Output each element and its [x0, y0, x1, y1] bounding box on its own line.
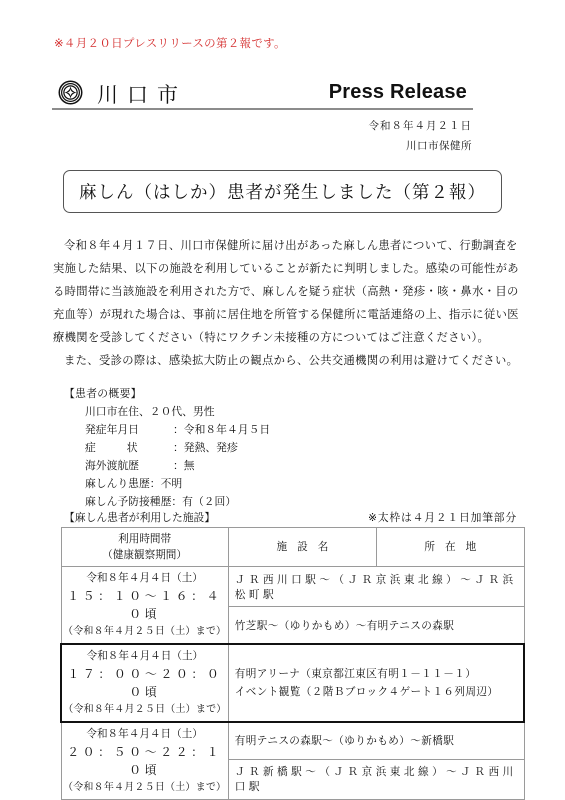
- summary-row-vaccination: 麻しん予防接種歴 ：有（２回）: [64, 493, 270, 511]
- facility-cell: ＪＲ新橋駅～（ＪＲ京浜東北線）～ＪＲ西川口駅: [228, 759, 524, 799]
- facility-cell: 竹芝駅～（ゆりかもめ）～有明テニスの森駅: [228, 607, 524, 644]
- column-header-facility: 施設名: [228, 528, 376, 567]
- summary-label: 海外渡航歴: [85, 457, 173, 475]
- city-emblem-icon: [58, 80, 83, 105]
- letterhead: 川口市 Press Release: [52, 78, 473, 110]
- second-report-note: ※４月２０日プレスリリースの第２報です。: [54, 35, 286, 51]
- facilities-heading: 【麻しん患者が利用した施設】: [64, 510, 215, 525]
- table-row-highlighted: 令和８年４月４日（土） １７：００～２０：００頃 （令和８年４月２５日（土）まで…: [61, 644, 524, 722]
- patient-profile: 川口市在住、２０代、男性: [64, 403, 270, 421]
- time-cell: 令和８年４月４日（土） １５：１０～１６：４０頃 （令和８年４月２５日（土）まで…: [61, 567, 228, 645]
- issuer: 川口市保健所: [406, 138, 472, 153]
- summary-label: 発症年月日: [85, 421, 173, 439]
- body-paragraph: また、受診の際は、感染拡大防止の観点から、公共交通機関の利用は避けてください。: [53, 349, 523, 372]
- issue-date: 令和８年４月２１日: [369, 118, 473, 133]
- press-release-label: Press Release: [329, 81, 467, 104]
- time-cell: 令和８年４月４日（土） ２０：５０～２２：１０頃 （令和８年４月２５日（土）まで…: [61, 722, 228, 800]
- summary-value: ：不明: [150, 475, 182, 493]
- header-divider: [52, 108, 473, 110]
- city-name: 川口市: [97, 79, 187, 109]
- summary-label: 麻しんり患歴: [85, 475, 150, 493]
- summary-row-history: 麻しんり患歴 ：不明: [64, 475, 270, 493]
- body-paragraph: 令和８年４月１７日、川口市保健所に届け出があった麻しん患者について、行動調査を実…: [53, 234, 523, 349]
- table-row: 令和８年４月４日（土） ２０：５０～２２：１０頃 （令和８年４月２５日（土）まで…: [61, 722, 524, 759]
- column-header-location: 所在地: [377, 528, 524, 567]
- table-header-row: 利用時間帯 （健康観察期間） 施設名 所在地: [61, 528, 524, 567]
- summary-row-travel: 海外渡航歴 ：無: [64, 457, 270, 475]
- facilities-note: ※太枠は４月２１日加筆部分: [368, 510, 517, 525]
- facilities-table: 利用時間帯 （健康観察期間） 施設名 所在地 令和８年４月４日（土） １５：１０…: [60, 527, 525, 800]
- summary-label: 症状: [85, 439, 173, 457]
- body-text: 令和８年４月１７日、川口市保健所に届け出があった麻しん患者について、行動調査を実…: [53, 234, 523, 372]
- page-title: 麻しん（はしか）患者が発生しました（第２報）: [79, 179, 486, 204]
- column-header-time: 利用時間帯 （健康観察期間）: [61, 528, 228, 567]
- patient-summary-heading: 【患者の概要】: [64, 385, 270, 403]
- summary-value: ：発熱、発疹: [173, 439, 238, 457]
- title-box: 麻しん（はしか）患者が発生しました（第２報）: [63, 170, 502, 213]
- summary-row-onset: 発症年月日 ：令和８年４月５日: [64, 421, 270, 439]
- facility-cell: 有明アリーナ（東京都江東区有明１－１１－１） イベント観覧（２階Ｂブロック４ゲー…: [228, 644, 524, 722]
- facility-cell: ＪＲ西川口駅～（ＪＲ京浜東北線）～ＪＲ浜松町駅: [228, 567, 524, 607]
- patient-summary: 【患者の概要】 川口市在住、２０代、男性 発症年月日 ：令和８年４月５日 症状 …: [64, 385, 270, 511]
- summary-row-symptoms: 症状 ：発熱、発疹: [64, 439, 270, 457]
- summary-value: ：無: [173, 457, 195, 475]
- summary-value: ：有（２回）: [171, 493, 236, 511]
- summary-value: ：令和８年４月５日: [173, 421, 270, 439]
- table-row: 令和８年４月４日（土） １５：１０～１６：４０頃 （令和８年４月２５日（土）まで…: [61, 567, 524, 607]
- time-cell: 令和８年４月４日（土） １７：００～２０：００頃 （令和８年４月２５日（土）まで…: [61, 644, 228, 722]
- facility-cell: 有明テニスの森駅～（ゆりかもめ）～新橋駅: [228, 722, 524, 759]
- summary-label: 麻しん予防接種歴: [85, 493, 171, 511]
